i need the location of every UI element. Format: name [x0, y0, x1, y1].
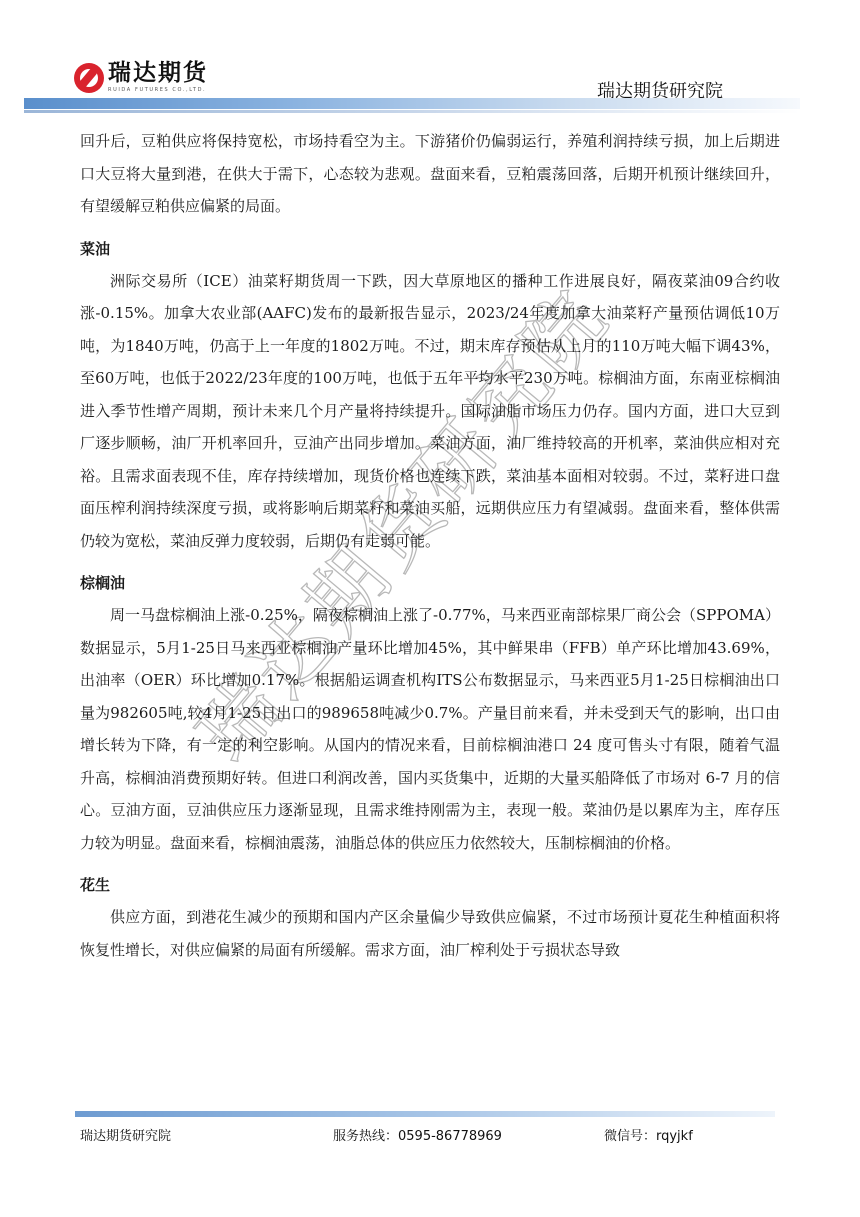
section-title-peanut: 花生 — [80, 869, 780, 901]
logo-text-en: RUIDA FUTURES CO.,LTD. — [108, 86, 208, 94]
section-text-peanut: 供应方面，到港花生减少的预期和国内产区余量偏少导致供应偏紧，不过市场预计夏花生种… — [80, 901, 780, 966]
footer-institute: 瑞达期货研究院 — [80, 1125, 171, 1144]
section-text-rapeseed-oil: 洲际交易所（ICE）油菜籽期货周一下跌，因大草原地区的播种工作进展良好，隔夜菜油… — [80, 265, 780, 558]
document-body: 回升后，豆粕供应将保持宽松，市场持看空为主。下游猪价仍偏弱运行，养殖利润持续亏损… — [80, 125, 780, 966]
footer-wechat: 微信号：rqyjkf — [604, 1125, 693, 1144]
footer-hotline: 服务热线：0595-86778969 — [333, 1125, 502, 1144]
section-title-rapeseed-oil: 菜油 — [80, 233, 780, 265]
company-logo: 瑞达期货 RUIDA FUTURES CO.,LTD. — [74, 60, 208, 94]
footer-gradient-bar — [75, 1111, 775, 1117]
page-footer: 瑞达期货研究院 服务热线：0595-86778969 微信号：rqyjkf — [0, 1125, 860, 1147]
intro-paragraph: 回升后，豆粕供应将保持宽松，市场持看空为主。下游猪价仍偏弱运行，养殖利润持续亏损… — [80, 125, 780, 223]
header-gradient-bar — [24, 98, 800, 109]
section-text-palm-oil: 周一马盘棕榈油上涨-0.25%，隔夜棕榈油上涨了-0.77%，马来西亚南部棕果厂… — [80, 599, 780, 859]
logo-text-cn: 瑞达期货 — [108, 60, 208, 86]
logo-mark-icon — [74, 63, 104, 93]
header-divider — [24, 110, 800, 113]
section-title-palm-oil: 棕榈油 — [80, 567, 780, 599]
page-header: 瑞达期货 RUIDA FUTURES CO.,LTD. 瑞达期货研究院 — [0, 0, 860, 115]
